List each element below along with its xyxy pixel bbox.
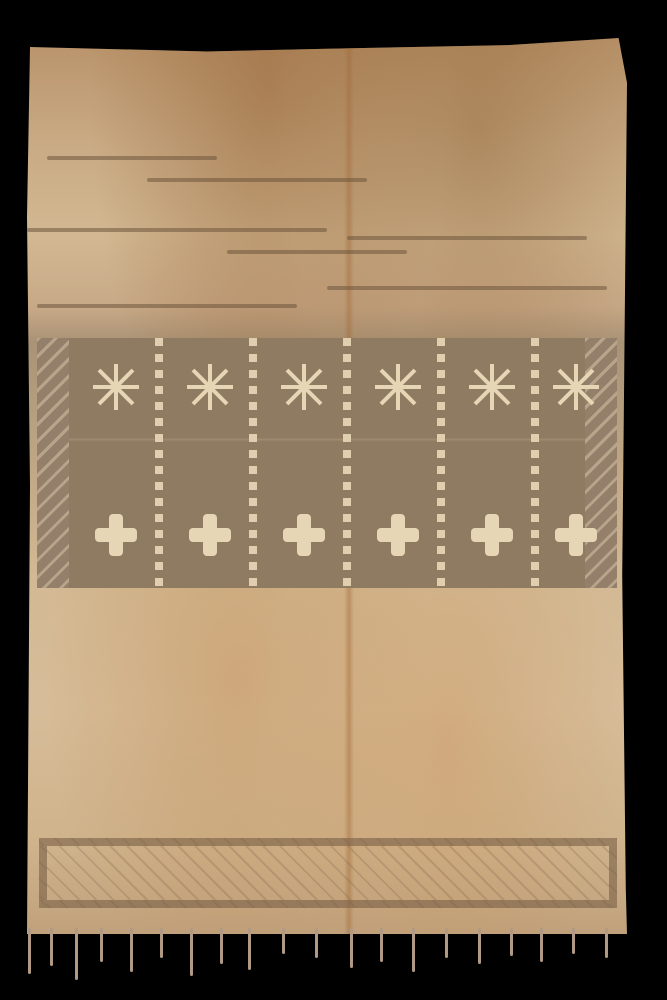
chain-column	[437, 338, 445, 588]
cross-flower-motif	[465, 508, 519, 562]
chain-column	[249, 338, 257, 588]
snowflake-motif	[89, 360, 143, 414]
snowflake-motif	[183, 360, 237, 414]
upper-stripe-band	[27, 138, 627, 338]
cross-flower-motif	[549, 508, 603, 562]
chain-column	[531, 338, 539, 588]
rug	[27, 38, 627, 934]
chain-column	[155, 338, 163, 588]
snowflake-motif	[549, 360, 603, 414]
snowflake-motif	[277, 360, 331, 414]
central-motif-panel	[37, 338, 617, 588]
cross-flower-motif	[371, 508, 425, 562]
panel-left-border	[37, 338, 69, 588]
cross-flower-motif	[183, 508, 237, 562]
cross-flower-motif	[277, 508, 331, 562]
bottom-lozenge-border	[39, 838, 617, 908]
chain-column	[343, 338, 351, 588]
snowflake-motif	[465, 360, 519, 414]
snowflake-motif	[371, 360, 425, 414]
photo-background	[0, 0, 667, 1000]
rug-fringe	[20, 928, 630, 988]
cross-flower-motif	[89, 508, 143, 562]
